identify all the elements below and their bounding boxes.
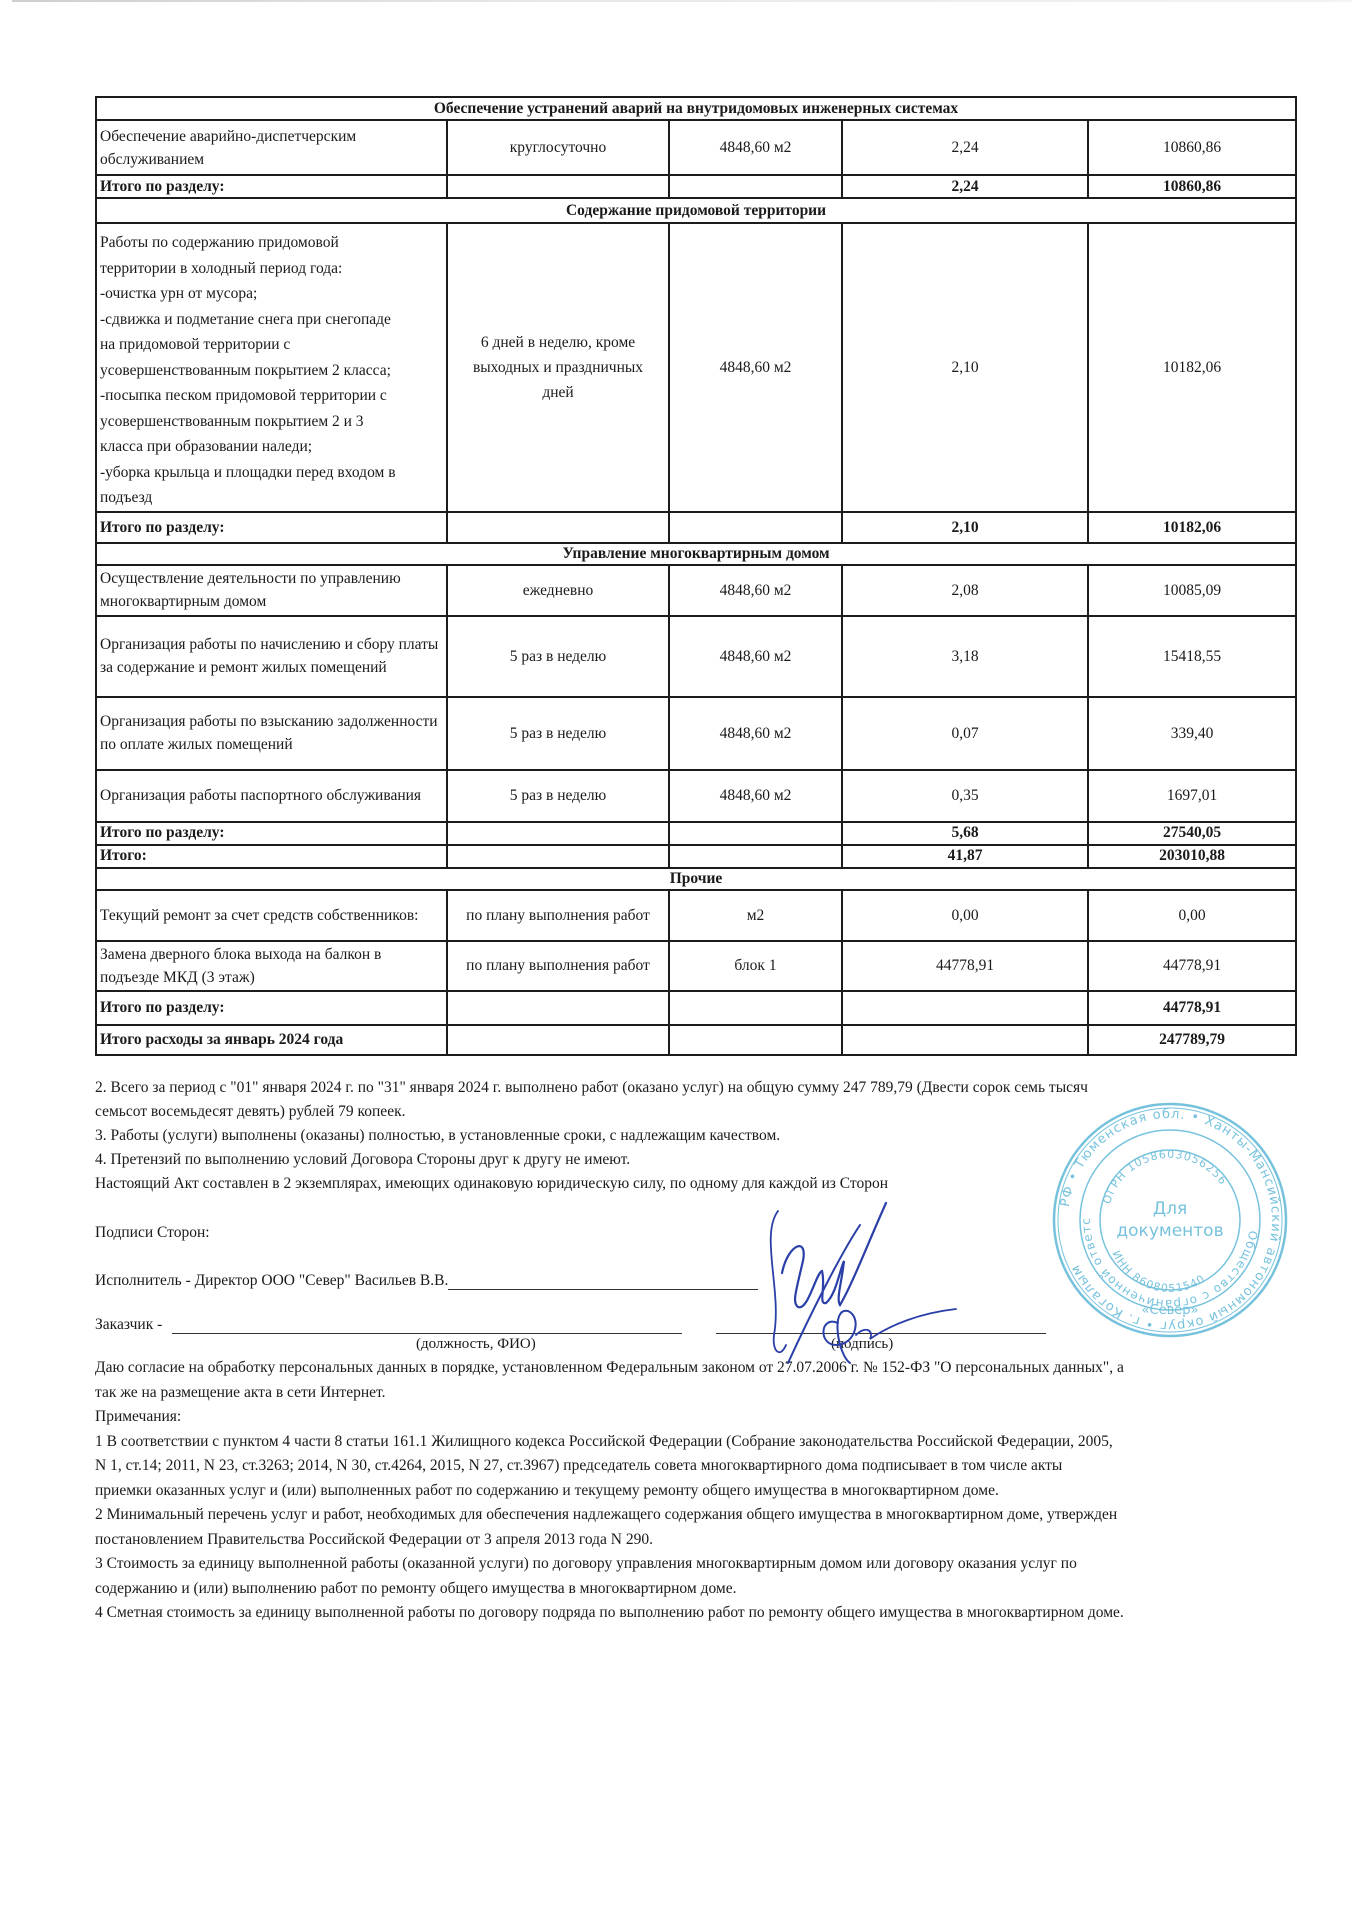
note-line: 1 В соответствии с пунктом 4 части 8 ста… [95,1430,1305,1455]
note-line: 2 Минимальный перечень услуг и работ, не… [95,1503,1305,1528]
svg-text:«Север»: «Север» [1142,1303,1199,1318]
service-rate: 2,24 [842,120,1088,175]
service-frequency: 5 раз в неделю [447,770,669,822]
service-rate: 2,10 [842,223,1088,512]
grand-total-label: Итого: [96,845,447,868]
empty-cell [447,512,669,543]
svg-text:Для: Для [1153,1199,1187,1219]
service-name-line: усовершенствованным покрытием 2 и 3 [100,409,443,435]
empty-cell [447,991,669,1025]
subtotal-rate: 2,10 [842,512,1088,543]
service-area: м2 [669,890,842,941]
consent-line-2: так же на размещение акта в сети Интерне… [95,1381,1305,1406]
service-area: 4848,60 м2 [669,616,842,697]
service-name: Замена дверного блока выхода на балкон в… [96,941,447,991]
service-amount: 0,00 [1088,890,1296,941]
service-frequency: ежедневно [447,565,669,616]
service-rate: 0,07 [842,697,1088,770]
service-area: 4848,60 м2 [669,223,842,512]
subtotal-row: Итого по разделу: 2,10 10182,06 [96,512,1296,543]
service-name-line: -очистка урн от мусора; [100,281,443,307]
section-header-row: Управление многоквартирным домом [96,543,1296,565]
service-name-lines: Работы по содержанию придомовойтерритори… [100,230,443,511]
subtotal-rate: 5,68 [842,822,1088,845]
service-amount: 10860,86 [1088,120,1296,175]
service-rate: 0,35 [842,770,1088,822]
service-name: Организация работы паспортного обслужива… [96,770,447,822]
table-row: Работы по содержанию придомовойтерритори… [96,223,1296,512]
consent-and-notes: Даю согласие на обработку персональных д… [95,1356,1305,1626]
caption-position: (должность, ФИО) [416,1336,536,1353]
empty-cell [669,175,842,198]
signatures-heading: Подписи Сторон: [95,1224,210,1242]
service-name-line: подъезд [100,485,443,511]
paragraph-2-line-1: 2. Всего за период с "01" января 2024 г.… [95,1076,1305,1100]
service-name-line: -сдвижка и подметание снега при снегопад… [100,307,443,333]
service-frequency: по плану выполнения работ [447,890,669,941]
service-name-line: территории в холодный период года: [100,256,443,282]
final-total-label: Итого расходы за январь 2024 года [96,1025,447,1055]
service-area: 4848,60 м2 [669,770,842,822]
service-frequency: по плану выполнения работ [447,941,669,991]
note-line: приемки оказанных услуг и (или) выполнен… [95,1479,1305,1504]
section-header-row: Прочие [96,868,1296,890]
customer-position-line [172,1317,682,1334]
service-frequency: 5 раз в неделю [447,616,669,697]
service-amount: 339,40 [1088,697,1296,770]
final-total-row: Итого расходы за январь 2024 года 247789… [96,1025,1296,1055]
service-name: Организация работы по начислению и сбору… [96,616,447,697]
service-rate: 3,18 [842,616,1088,697]
note-line: содержанию и (или) выполнению работ по р… [95,1577,1305,1602]
section-header-row: Обеспечение устранений аварий на внутрид… [96,97,1296,120]
service-name: Организация работы по взысканию задолжен… [96,697,447,770]
table-row: Осуществление деятельности по управлению… [96,565,1296,616]
company-stamp-icon: РФ • Тюменская обл. • Ханты-Мансийский а… [1050,1100,1290,1340]
service-amount: 15418,55 [1088,616,1296,697]
service-name-line: класса при образовании наледи; [100,434,443,460]
note-line: 3 Стоимость за единицу выполненной работ… [95,1552,1305,1577]
empty-cell [669,1025,842,1055]
executor-label: Исполнитель - Директор ООО "Север" Васил… [95,1272,448,1289]
scan-edge [12,0,1352,2]
empty-cell [669,512,842,543]
service-name-line: усовершенствованным покрытием 2 класса; [100,358,443,384]
service-name: Осуществление деятельности по управлению… [96,565,447,616]
notes-list: 1 В соответствии с пунктом 4 части 8 ста… [95,1430,1305,1626]
grand-total-rate: 41,87 [842,845,1088,868]
subtotal-label: Итого по разделу: [96,512,447,543]
service-rate: 0,00 [842,890,1088,941]
service-amount: 10182,06 [1088,223,1296,512]
subtotal-row: Итого по разделу: 2,24 10860,86 [96,175,1296,198]
subtotal-row: Итого по разделу: 44778,91 [96,991,1296,1025]
subtotal-amount: 44778,91 [1088,991,1296,1025]
service-amount: 1697,01 [1088,770,1296,822]
service-name-line: Работы по содержанию придомовой [100,230,443,256]
empty-cell [669,845,842,868]
service-frequency: круглосуточно [447,120,669,175]
service-name-line: на придомовой территории с [100,332,443,358]
svg-text:документов: документов [1116,1221,1223,1241]
subtotal-label: Итого по разделу: [96,822,447,845]
service-name-line: -посыпка песком придомовой территории с [100,383,443,409]
service-name: Текущий ремонт за счет средств собственн… [96,890,447,941]
service-area: 4848,60 м2 [669,120,842,175]
empty-cell [447,845,669,868]
section-header-row: Содержание придомовой территории [96,198,1296,223]
empty-cell [447,175,669,198]
service-area: 4848,60 м2 [669,697,842,770]
section-title: Управление многоквартирным домом [96,543,1296,565]
svg-text:ОГРН 1058603056256: ОГРН 1058603056256 [1100,1148,1230,1206]
table-row: Организация работы по взысканию задолжен… [96,697,1296,770]
section-title: Содержание придомовой территории [96,198,1296,223]
empty-cell [447,822,669,845]
subtotal-amount: 27540,05 [1088,822,1296,845]
table-row: Текущий ремонт за счет средств собственн… [96,890,1296,941]
section-title: Обеспечение устранений аварий на внутрид… [96,97,1296,120]
subtotal-label: Итого по разделу: [96,175,447,198]
service-name: Работы по содержанию придомовойтерритори… [96,223,447,512]
subtotal-label: Итого по разделу: [96,991,447,1025]
note-line: N 1, ст.14; 2011, N 23, ст.3263; 2014, N… [95,1454,1305,1479]
note-line: 4 Сметная стоимость за единицу выполненн… [95,1601,1305,1626]
grand-total-row: Итого: 41,87 203010,88 [96,845,1296,868]
service-area: 4848,60 м2 [669,565,842,616]
service-rate: 44778,91 [842,941,1088,991]
executor-line: Исполнитель - Директор ООО "Север" Васил… [95,1272,758,1290]
empty-cell [842,991,1088,1025]
handwritten-signature-icon [690,1195,970,1365]
service-frequency: 6 дней в неделю, кроме выходных и праздн… [447,223,669,512]
note-line: постановлением Правительства Российской … [95,1528,1305,1553]
empty-cell [842,1025,1088,1055]
service-area: блок 1 [669,941,842,991]
subtotal-row: Итого по разделу: 5,68 27540,05 [96,822,1296,845]
grand-total-amount: 203010,88 [1088,845,1296,868]
service-frequency: 5 раз в неделю [447,697,669,770]
empty-cell [447,1025,669,1055]
subtotal-amount: 10860,86 [1088,175,1296,198]
customer-label: Заказчик - [95,1316,162,1333]
section-title: Прочие [96,868,1296,890]
notes-heading: Примечания: [95,1405,1305,1430]
subtotal-rate: 2,24 [842,175,1088,198]
document-page: Обеспечение устранений аварий на внутрид… [0,0,1363,1920]
table-row: Организация работы паспортного обслужива… [96,770,1296,822]
service-amount: 10085,09 [1088,565,1296,616]
service-name: Обеспечение аварийно-диспетчерским обслу… [96,120,447,175]
service-name-line: -уборка крыльца и площадки перед входом … [100,460,443,486]
final-total-amount: 247789,79 [1088,1025,1296,1055]
subtotal-amount: 10182,06 [1088,512,1296,543]
table-row: Замена дверного блока выхода на балкон в… [96,941,1296,991]
table-row: Организация работы по начислению и сбору… [96,616,1296,697]
empty-cell [669,822,842,845]
services-table: Обеспечение устранений аварий на внутрид… [95,96,1297,1056]
table-row: Обеспечение аварийно-диспетчерским обслу… [96,120,1296,175]
service-rate: 2,08 [842,565,1088,616]
empty-cell [669,991,842,1025]
service-amount: 44778,91 [1088,941,1296,991]
